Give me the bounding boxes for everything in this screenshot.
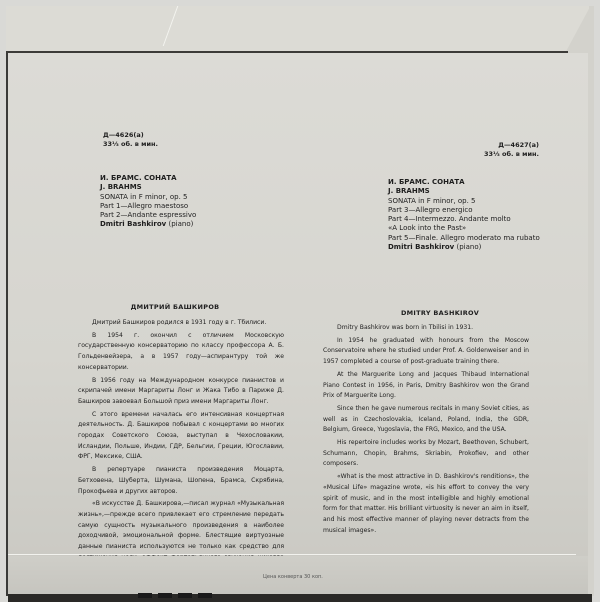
- bio-en-paragraph: Dmitry Bashkirov was born in Tbilisi in …: [323, 323, 529, 334]
- bio-ru-heading: ДМИТРИЙ БАШКИРОВ: [80, 303, 270, 311]
- bio-en-heading: DMITRY BASHKIROV: [340, 309, 540, 317]
- right-title-ru: И. БРАМС. СОНАТА: [388, 178, 540, 187]
- bottom-fold-line: [8, 554, 576, 555]
- bio-ru-paragraph: В 1956 году на Международном конкурсе пи…: [78, 376, 284, 408]
- left-tracklist: И. БРАМС. СОНАТА J. BRAHMS SONATA in F m…: [100, 174, 196, 230]
- left-part: Part 1—Allegro maestoso: [100, 202, 196, 211]
- right-work: SONATA in F minor, op. 5: [388, 197, 540, 206]
- bio-en-paragraph: Since then he gave numerous recitals in …: [323, 404, 529, 436]
- sleeve-bottom-edge: [8, 594, 592, 602]
- left-catalog-number: Д—4626(а): [103, 131, 158, 140]
- right-tracklist: И. БРАМС. СОНАТА J. BRAHMS SONATA in F m…: [388, 178, 540, 252]
- bio-en-paragraph: «What is the most attractive in D. Bashk…: [323, 472, 529, 536]
- right-instrument: (piano): [456, 243, 481, 251]
- right-catalog-number: Д—4627(а): [484, 141, 539, 150]
- left-speed: 33⅓ об. в мин.: [103, 140, 158, 149]
- right-composer: J. BRAHMS: [388, 187, 540, 196]
- bio-en-paragraph: In 1954 he graduated with honours from t…: [323, 336, 529, 368]
- right-performer: Dmitri Bashkirov: [388, 243, 454, 251]
- left-work: SONATA in F minor, op. 5: [100, 193, 196, 202]
- left-title-ru: И. БРАМС. СОНАТА: [100, 174, 196, 183]
- sleeve-flap: [6, 6, 589, 52]
- right-part: Part 4—Intermezzo. Andante molto: [388, 215, 540, 224]
- right-catalog-block: Д—4627(а) 33⅓ об. в мин.: [484, 141, 539, 159]
- right-part: «A Look into the Past»: [388, 224, 540, 233]
- bio-en-paragraph: At the Marguerite Long and Jacques Thiba…: [323, 370, 529, 402]
- left-performer: Dmitri Bashkirov: [100, 220, 166, 228]
- right-part: Part 3—Allegro energico: [388, 206, 540, 215]
- right-speed: 33⅓ об. в мин.: [484, 150, 539, 159]
- bio-ru-paragraph: В 1954 г. окончил с отличием Московскую …: [78, 331, 284, 374]
- bio-ru-text: Дмитрий Башкиров родился в 1931 году в г…: [78, 318, 284, 576]
- left-catalog-block: Д—4626(а) 33⅓ об. в мин.: [103, 131, 158, 149]
- left-part: Part 2—Andante espressivo: [100, 211, 196, 220]
- bio-ru-paragraph: С этого времени началась его интенсивная…: [78, 410, 284, 464]
- bio-ru-paragraph: Дмитрий Башкиров родился в 1931 году в г…: [78, 318, 284, 329]
- bio-ru-paragraph: В репертуаре пианиста произведения Моцар…: [78, 465, 284, 497]
- left-composer: J. BRAHMS: [100, 183, 196, 192]
- edge-marks: [138, 593, 218, 598]
- bio-en-paragraph: His repertoire includes works by Mozart,…: [323, 438, 529, 470]
- right-part: Part 5—Finale. Allegro moderato ma rubat…: [388, 234, 540, 243]
- bio-en-text: Dmitry Bashkirov was born in Tbilisi in …: [323, 323, 529, 538]
- left-instrument: (piano): [168, 220, 193, 228]
- price-text: Цена конверта 30 коп.: [263, 574, 323, 580]
